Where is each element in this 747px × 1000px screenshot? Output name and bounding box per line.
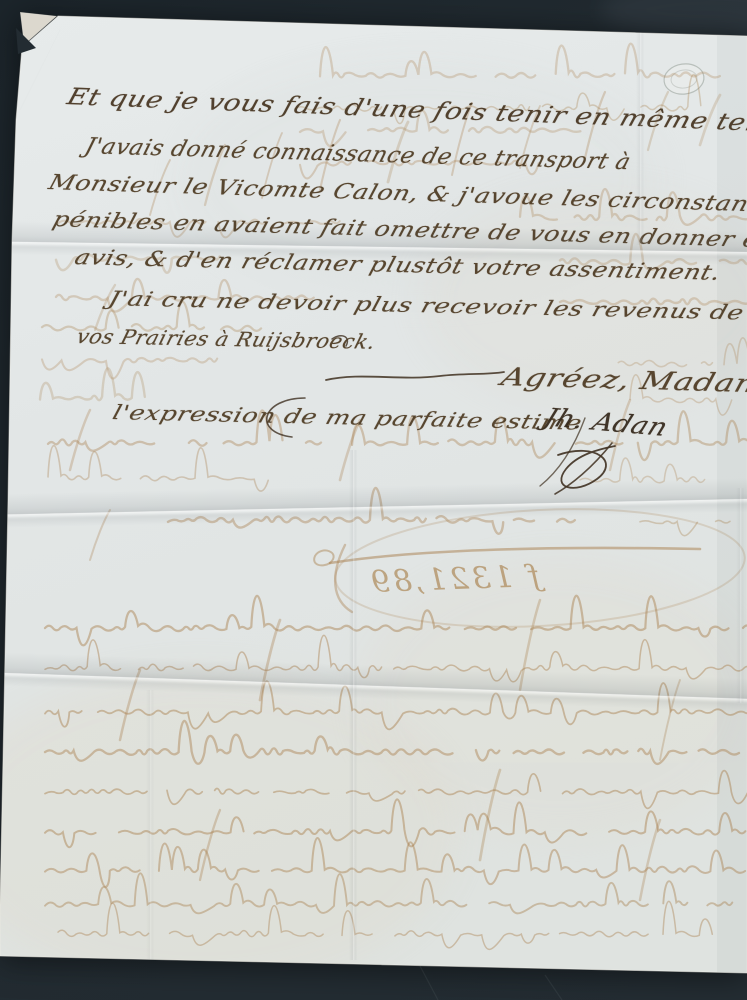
handwritten-line-5: avis, & d'en réclamer plustôt votre asse… [72, 245, 724, 285]
handwritten-line-2: J'avais donné connaissance de ce transpo… [82, 134, 634, 175]
photograph-of-letter: Et que je vous fais d'une fois tenir en … [0, 0, 747, 1000]
bleedthrough-amount: ƒ 1321,89 [367, 559, 540, 600]
handwritten-line-1: Et que je vous fais d'une fois tenir en … [64, 84, 747, 138]
signature: Jh. Adan [540, 403, 673, 442]
handwritten-line-6: J'ai cru ne devoir plus recevoir les rev… [106, 286, 747, 324]
closing-line-2: l'expression de ma parfaite estime [110, 400, 585, 434]
front-handwriting: Et que je vous fais d'une fois tenir en … [0, 0, 747, 1000]
handwritten-line-7: vos Prairies à Ruijsbroeck. [74, 324, 379, 354]
closing-line: Agréez, Madame [498, 362, 747, 399]
